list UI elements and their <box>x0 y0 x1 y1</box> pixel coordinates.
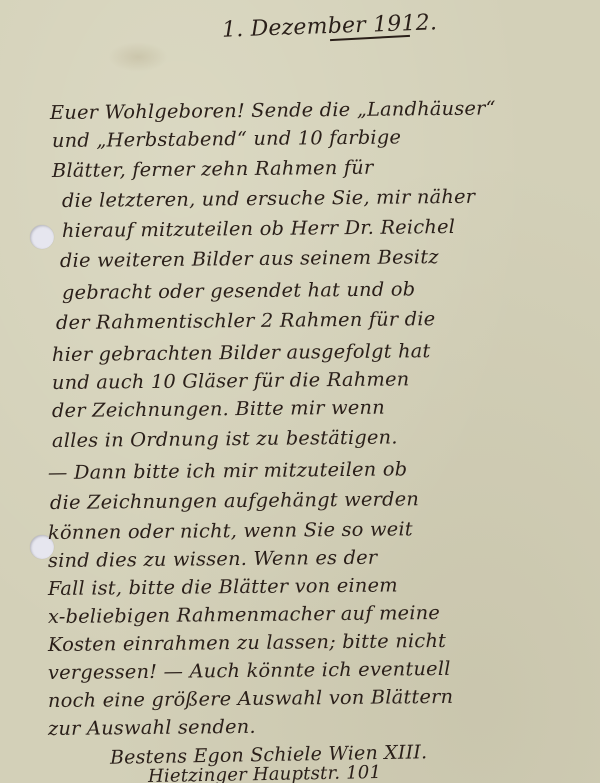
body-line: und auch 10 Gläser für die Rahmen <box>52 370 410 393</box>
body-line: können oder nicht, wenn Sie so weit <box>48 520 413 543</box>
body-line: Kosten einrahmen zu lassen; bitte nicht <box>48 632 446 655</box>
body-line: noch eine größere Auswahl von Blättern <box>48 688 453 711</box>
body-line: die Zeichnungen aufgehängt werden <box>50 490 419 513</box>
body-line: vergessen! — Auch könnte ich eventuell <box>48 660 451 683</box>
body-line: gebracht oder gesendet hat und ob <box>62 280 415 303</box>
body-line: hier gebrachten Bilder ausgefolgt hat <box>52 342 431 365</box>
address-line: Hietzinger Hauptstr. 101 <box>148 762 381 783</box>
body-line: Euer Wohlgeboren! Sende die „Landhäuser“ <box>50 99 496 123</box>
letter-date: 1. Dezember 1912. <box>222 10 438 42</box>
body-line: sind dies zu wissen. Wenn es der <box>48 549 378 571</box>
letter-page: 1. Dezember 1912. Euer Wohlgeboren! Send… <box>0 0 600 783</box>
body-line: die weiteren Bilder aus seinem Besitz <box>60 248 439 271</box>
body-line: Blätter, ferner zehn Rahmen für <box>52 159 374 181</box>
punch-hole-top <box>30 225 54 249</box>
body-line: die letzteren, und ersuche Sie, mir nähe… <box>62 188 475 211</box>
body-line: — Dann bitte ich mir mitzuteilen ob <box>48 460 407 483</box>
paper-stain <box>108 42 168 72</box>
body-line: hierauf mitzuteilen ob Herr Dr. Reichel <box>62 218 455 241</box>
body-line: und „Herbstabend“ und 10 farbige <box>52 128 401 151</box>
body-line: der Rahmentischler 2 Rahmen für die <box>56 310 436 333</box>
body-line: x-beliebigen Rahmenmacher auf meine <box>48 604 440 627</box>
body-line: Fall ist, bitte die Blätter von einem <box>48 576 398 599</box>
body-line: zur Auswahl senden. <box>48 718 256 739</box>
body-line: der Zeichnungen. Bitte mir wenn <box>52 399 385 421</box>
body-line: alles in Ordnung ist zu bestätigen. <box>52 428 398 451</box>
